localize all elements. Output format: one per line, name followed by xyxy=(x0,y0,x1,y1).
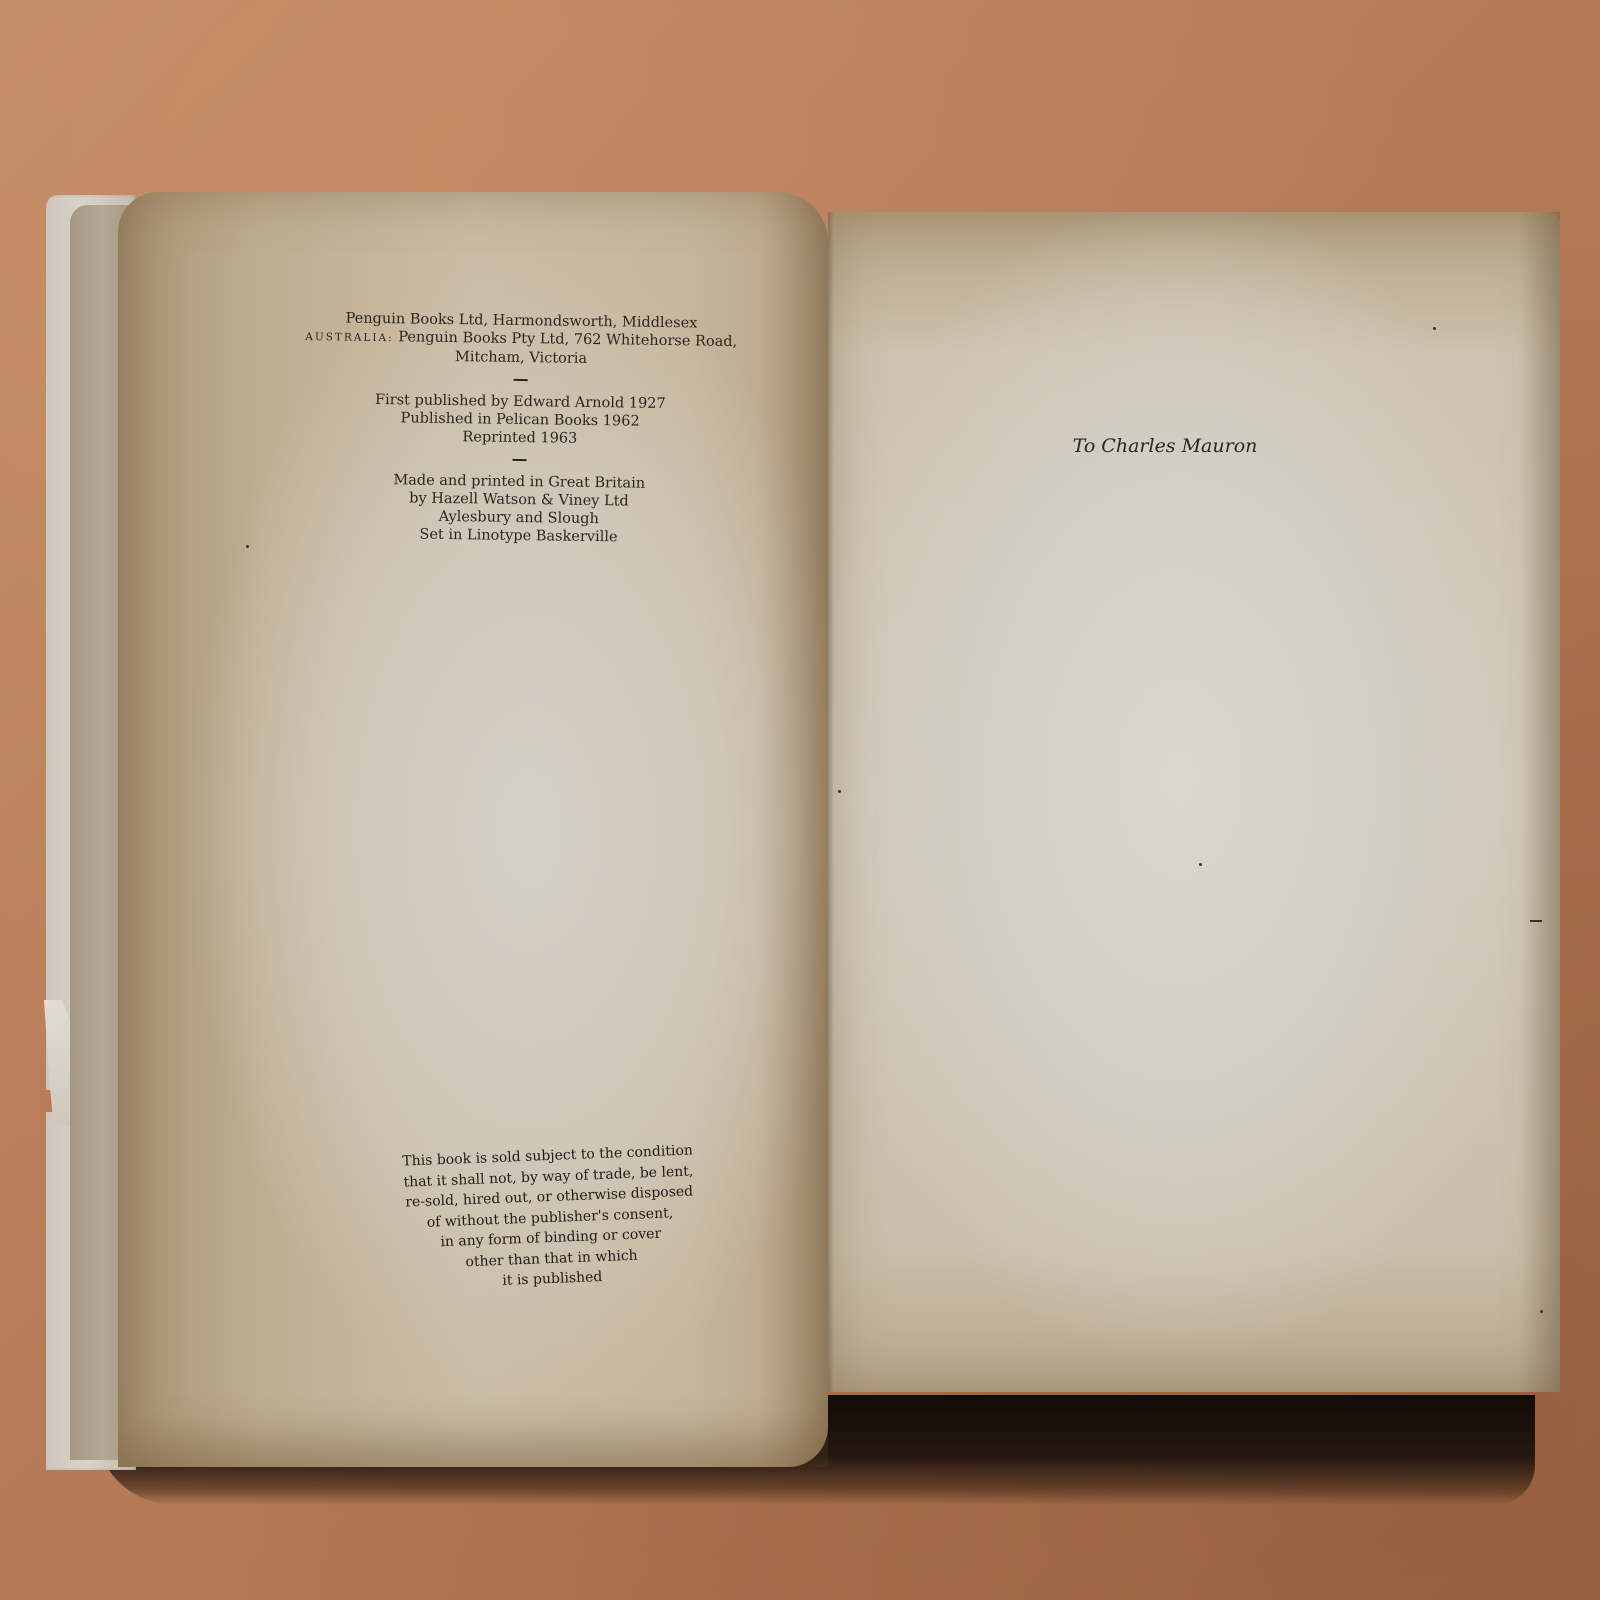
section-divider xyxy=(514,379,528,381)
colophon: Penguin Books Ltd, Harmondsworth, Middle… xyxy=(283,309,756,549)
publication-history: First published by Edward Arnold 1927 Pu… xyxy=(285,390,756,451)
section-divider xyxy=(513,459,527,461)
right-edge-shade xyxy=(1520,212,1560,1392)
printing-info: Made and printed in Great Britain by Haz… xyxy=(283,470,754,549)
paper-speck xyxy=(246,545,249,548)
paper-speck xyxy=(1199,863,1202,866)
paper-speck xyxy=(838,790,841,793)
conditions-of-sale: This book is sold subject to the conditi… xyxy=(382,1140,717,1296)
dedication: To Charles Mauron xyxy=(1000,434,1330,458)
gutter-shade xyxy=(758,192,828,1467)
australia-address: Penguin Books Pty Ltd, 762 Whitehorse Ro… xyxy=(398,329,737,350)
right-page[interactable] xyxy=(828,212,1560,1392)
gutter-fold xyxy=(828,212,834,1392)
australia-label: AUSTRALIA: xyxy=(305,331,394,344)
paper-speck xyxy=(1433,327,1436,330)
paper-speck xyxy=(1540,1310,1543,1313)
paper-speck xyxy=(1530,920,1542,922)
